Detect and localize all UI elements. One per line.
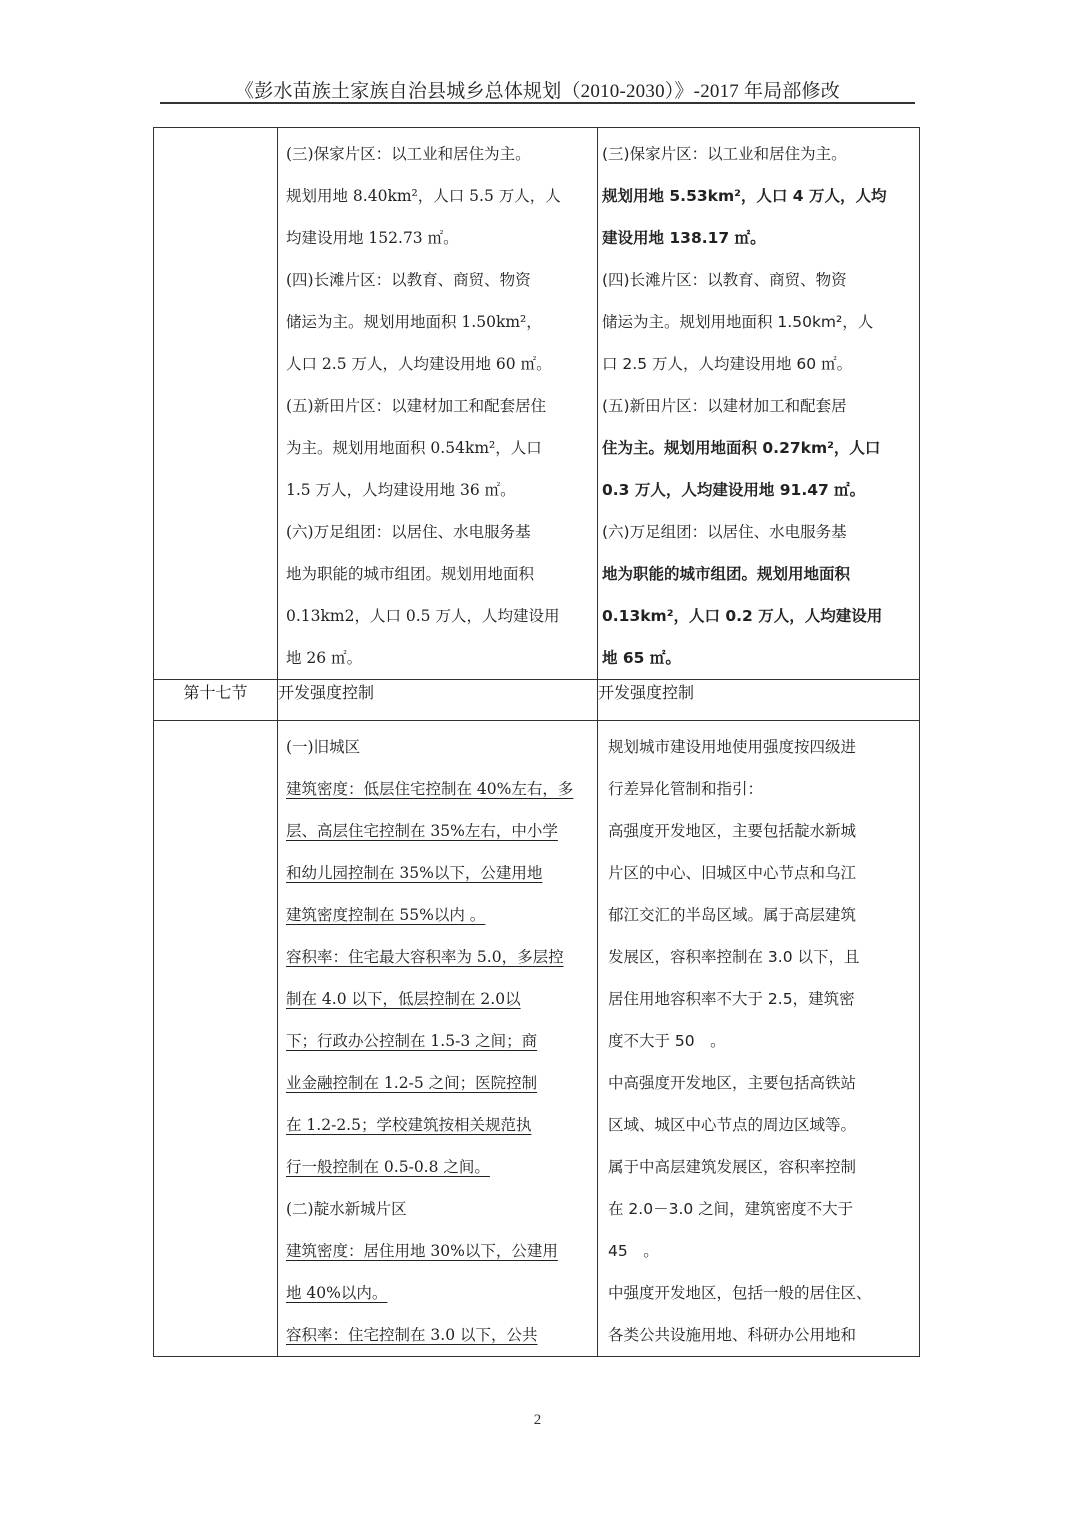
text-line: (六)万足组团：以居住、水电服务基 (286, 511, 591, 553)
text-line: 为主。规划用地面积 0.54km²，人口 (286, 427, 591, 469)
text-line: 居住用地容积率不大于 2.5，建筑密 (608, 978, 915, 1020)
text-line-underlined: 容积率：住宅最大容积率为 5.0，多层控 (286, 948, 564, 966)
text-line: 中强度开发地区，包括一般的居住区、 (608, 1272, 915, 1314)
text-line: 储运为主。规划用地面积 1.50km²， (286, 301, 591, 343)
text-line: (五)新田片区：以建材加工和配套居 (602, 385, 915, 427)
text-line-underlined: 在 1.2-2.5；学校建筑按相关规范执 (286, 1116, 531, 1134)
text-line: (四)长滩片区：以教育、商贸、物资 (602, 259, 915, 301)
text-line: 储运为主。规划用地面积 1.50km²，人 (602, 301, 915, 343)
text-line: 行差异化管制和指引： (608, 768, 915, 810)
text-line-bold: 地 65 ㎡。 (602, 637, 915, 679)
text-line-bold: 住为主。规划用地面积 0.27km²，人口 (602, 427, 915, 469)
text-line: 属于中高层建筑发展区，容积率控制 (608, 1146, 915, 1188)
text-line-underlined: 地 40%以内。 (286, 1284, 387, 1302)
section-cell (154, 721, 278, 1357)
text-line: 规划城市建设用地使用强度按四级进 (608, 726, 915, 768)
text-line: 区域、城区中心节点的周边区域等。 (608, 1104, 915, 1146)
text-line-underlined: 制在 4.0 以下，低层控制在 2.0以 (286, 990, 521, 1008)
text-line: (二)靛水新城片区 (286, 1188, 591, 1230)
text-line: 均建设用地 152.73 ㎡。 (286, 217, 591, 259)
revised-section-title: 开发强度控制 (598, 680, 920, 721)
text-line-underlined: 建筑密度：低层住宅控制在 40%左右，多 (286, 780, 573, 798)
text-line: (三)保家片区：以工业和居住为主。 (602, 133, 915, 175)
text-line-underlined: 下；行政办公控制在 1.5-3 之间；商 (286, 1032, 537, 1050)
text-line: 在 2.0－3.0 之间，建筑密度不大于 (608, 1188, 915, 1230)
text-line: 片区的中心、旧城区中心节点和乌江 (608, 852, 915, 894)
text-line: 口 2.5 万人，人均建设用地 60 ㎡。 (602, 343, 915, 385)
section-number: 第十七节 (154, 680, 278, 721)
section-cell (154, 128, 278, 680)
text-line-bold: 规划用地 5.53km²，人口 4 万人，人均 (602, 175, 915, 217)
text-line-underlined: 层、高层住宅控制在 35%左右，中小学 (286, 822, 558, 840)
comparison-table: (三)保家片区：以工业和居住为主。 规划用地 8.40km²，人口 5.5 万人… (153, 127, 920, 1357)
text-line-bold: 0.3 万人，人均建设用地 91.47 ㎡。 (602, 469, 915, 511)
text-line-underlined: 业金融控制在 1.2-5 之间；医院控制 (286, 1074, 537, 1092)
text-line-underlined: 和幼儿园控制在 35%以下，公建用地 (286, 864, 542, 882)
text-line-underlined: 建筑密度控制在 55%以内 。 (286, 906, 485, 924)
text-line-underlined: 容积率：住宅控制在 3.0 以下，公共 (286, 1326, 538, 1344)
text-line: (三)保家片区：以工业和居住为主。 (286, 133, 591, 175)
text-line-underlined: 行一般控制在 0.5-0.8 之间。 (286, 1158, 490, 1176)
text-line: 中高强度开发地区，主要包括高铁站 (608, 1062, 915, 1104)
text-line: (六)万足组团：以居住、水电服务基 (602, 511, 915, 553)
text-line: 0.13km2，人口 0.5 万人，人均建设用 (286, 595, 591, 637)
revised-text: (三)保家片区：以工业和居住为主。 规划用地 5.53km²，人口 4 万人，人… (598, 128, 919, 679)
original-text-cell: (三)保家片区：以工业和居住为主。 规划用地 8.40km²，人口 5.5 万人… (278, 128, 598, 680)
text-line: 各类公共设施用地、科研办公用地和 (608, 1314, 915, 1356)
text-line: 地 26 ㎡。 (286, 637, 591, 679)
text-line-bold: 建设用地 138.17 ㎡。 (602, 217, 915, 259)
revised-text: 规划城市建设用地使用强度按四级进 行差异化管制和指引： 高强度开发地区，主要包括… (598, 721, 919, 1356)
revised-text-cell: 规划城市建设用地使用强度按四级进 行差异化管制和指引： 高强度开发地区，主要包括… (598, 721, 920, 1357)
text-line: 郁江交汇的半岛区域。属于高层建筑 (608, 894, 915, 936)
text-line-bold: 地为职能的城市组团。规划用地面积 (602, 553, 915, 595)
original-text-cell: (一)旧城区 建筑密度：低层住宅控制在 40%左右，多 层、高层住宅控制在 35… (278, 721, 598, 1357)
text-line: (五)新田片区：以建材加工和配套居住 (286, 385, 591, 427)
original-section-title: 开发强度控制 (278, 680, 598, 721)
text-line: 1.5 万人，人均建设用地 36 ㎡。 (286, 469, 591, 511)
text-line-bold: 0.13km²，人口 0.2 万人，人均建设用 (602, 595, 915, 637)
text-line: 发展区，容积率控制在 3.0 以下，且 (608, 936, 915, 978)
revised-text-cell: (三)保家片区：以工业和居住为主。 规划用地 5.53km²，人口 4 万人，人… (598, 128, 920, 680)
text-line: 度不大于 50 。 (608, 1020, 915, 1062)
table-row-section-17: 第十七节 开发强度控制 开发强度控制 (154, 680, 920, 721)
text-line: 规划用地 8.40km²，人口 5.5 万人，人 (286, 175, 591, 217)
text-line: (一)旧城区 (286, 726, 591, 768)
text-line: 高强度开发地区，主要包括靛水新城 (608, 810, 915, 852)
table-row-zones: (三)保家片区：以工业和居住为主。 规划用地 8.40km²，人口 5.5 万人… (154, 128, 920, 680)
page-number: 2 (0, 1412, 1075, 1429)
original-text: (一)旧城区 建筑密度：低层住宅控制在 40%左右，多 层、高层住宅控制在 35… (278, 721, 597, 1356)
text-line-underlined: 建筑密度：居住用地 30%以下，公建用 (286, 1242, 558, 1260)
original-text: (三)保家片区：以工业和居住为主。 规划用地 8.40km²，人口 5.5 万人… (278, 128, 597, 679)
text-line: (四)长滩片区：以教育、商贸、物资 (286, 259, 591, 301)
document-header-title: 《彭水苗族土家族自治县城乡总体规划（2010-2030）》-2017 年局部修改 (160, 76, 915, 103)
text-line: 地为职能的城市组团。规划用地面积 (286, 553, 591, 595)
text-line: 人口 2.5 万人，人均建设用地 60 ㎡。 (286, 343, 591, 385)
table-row-intensity: (一)旧城区 建筑密度：低层住宅控制在 40%左右，多 层、高层住宅控制在 35… (154, 721, 920, 1357)
text-line: 45 。 (608, 1230, 915, 1272)
header-rule (160, 102, 915, 104)
